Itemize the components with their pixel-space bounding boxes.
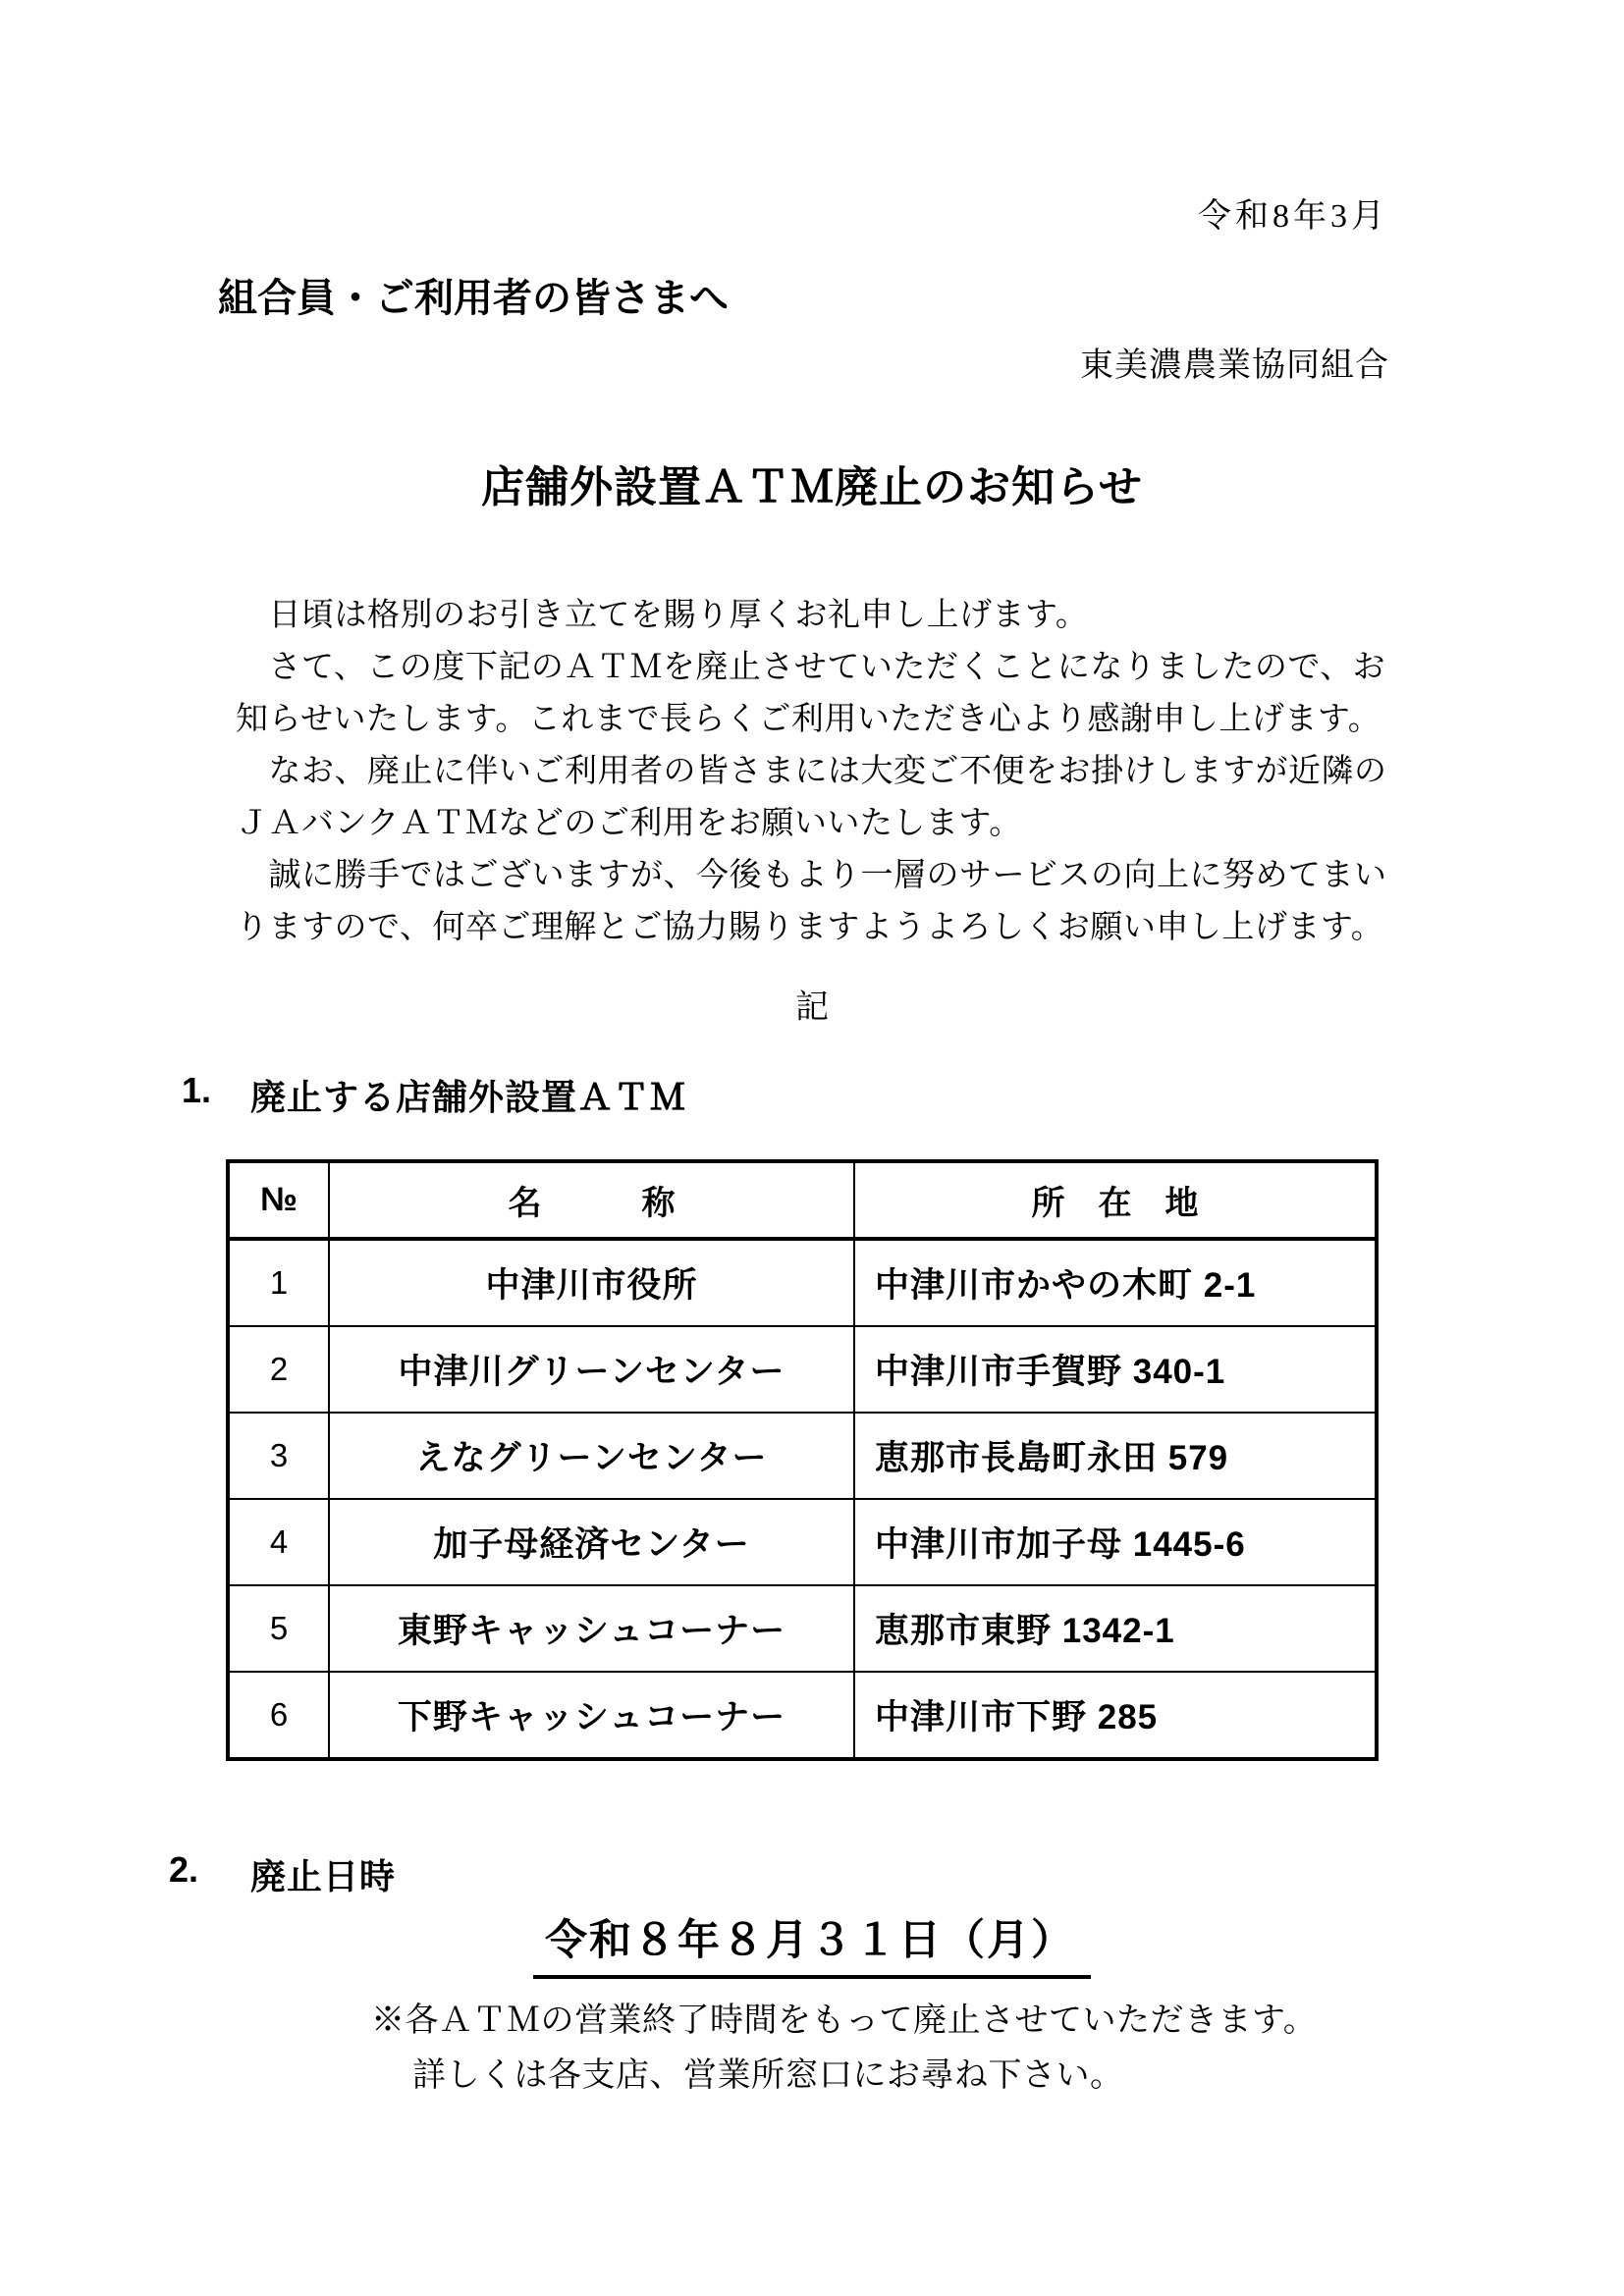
row-address: 恵那市長島町永田 579	[854, 1413, 1377, 1499]
ki-marker: 記	[0, 980, 1624, 1028]
header-no: №	[228, 1161, 329, 1239]
notice-document-page: 令和8年3月 組合員・ご利用者の皆さまへ 東美濃農業協同組合 店舗外設置ＡＴＭ廃…	[0, 0, 1624, 2296]
table-row: 1 中津川市役所 中津川市かやの木町 2-1	[228, 1239, 1377, 1326]
body-line: 日頃は格別のお引き立てを賜り厚くお礼申し上げます。	[236, 590, 1404, 642]
body-line: りますので、何卒ご理解とご協力賜りますようよろしくお願い申し上げます。	[236, 902, 1404, 954]
section-2-number: 2.	[169, 1849, 198, 1891]
row-name: 中津川グリーンセンター	[329, 1326, 854, 1413]
document-title: 店舗外設置ＡＴＭ廃止のお知らせ	[0, 452, 1624, 514]
body-line: さて、この度下記のＡＴＭを廃止させていただくことになりましたので、お	[236, 642, 1404, 694]
row-name: 下野キャッシュコーナー	[329, 1672, 854, 1759]
row-address: 中津川市下野 285	[854, 1672, 1377, 1759]
body-line: なお、廃止に伴いご利用者の皆さまには大変ご不便をお掛けしますが近隣の	[236, 746, 1404, 798]
issue-date: 令和8年3月	[1198, 188, 1388, 237]
table-row: 5 東野キャッシュコーナー 恵那市東野 1342-1	[228, 1585, 1377, 1672]
table-row: 6 下野キャッシュコーナー 中津川市下野 285	[228, 1672, 1377, 1759]
body-line: 知らせいたします。これまで長らくご利用いただき心より感謝申し上げます。	[236, 694, 1404, 746]
row-address: 中津川市かやの木町 2-1	[854, 1239, 1377, 1326]
abolition-date-wrapper: 令和８年８月３１日（月）	[0, 1907, 1624, 1979]
organization-name: 東美濃農業協同組合	[1080, 338, 1389, 386]
table-row: 4 加子母経済センター 中津川市加子母 1445-6	[228, 1499, 1377, 1585]
note-contact-branch: 詳しくは各支店、営業所窓口にお尋ね下さい。	[412, 2048, 1124, 2096]
row-name: 中津川市役所	[329, 1239, 854, 1326]
section-1-label: 廃止する店舗外設置ＡＴＭ	[250, 1070, 686, 1120]
row-address: 恵那市東野 1342-1	[854, 1585, 1377, 1672]
row-no: 3	[228, 1413, 329, 1499]
header-address: 所 在 地	[854, 1161, 1377, 1239]
row-no: 2	[228, 1326, 329, 1413]
table-row: 3 えなグリーンセンター 恵那市長島町永田 579	[228, 1413, 1377, 1499]
header-name: 名 称	[329, 1161, 854, 1239]
row-no: 5	[228, 1585, 329, 1672]
row-name: 加子母経済センター	[329, 1499, 854, 1585]
note-atm-closing-time: ※各ＡＴＭの営業終了時間をもって廃止させていただきます。	[371, 1993, 1317, 2041]
row-name: えなグリーンセンター	[329, 1413, 854, 1499]
section-2-label: 廃止日時	[250, 1849, 396, 1899]
row-no: 6	[228, 1672, 329, 1759]
table-header-row: № 名 称 所 在 地	[228, 1161, 1377, 1239]
body-line: ＪＡバンクＡＴＭなどのご利用をお願いいたします。	[236, 798, 1404, 850]
row-name: 東野キャッシュコーナー	[329, 1585, 854, 1672]
table-row: 2 中津川グリーンセンター 中津川市手賀野 340-1	[228, 1326, 1377, 1413]
row-address: 中津川市加子母 1445-6	[854, 1499, 1377, 1585]
row-no: 4	[228, 1499, 329, 1585]
salutation-heading: 組合員・ご利用者の皆さまへ	[218, 267, 729, 323]
abolition-date: 令和８年８月３１日（月）	[533, 1907, 1091, 1979]
body-paragraphs: 日頃は格別のお引き立てを賜り厚くお礼申し上げます。 さて、この度下記のＡＴＭを廃…	[236, 590, 1404, 954]
row-no: 1	[228, 1239, 329, 1326]
row-address: 中津川市手賀野 340-1	[854, 1326, 1377, 1413]
body-line: 誠に勝手ではございますが、今後もより一層のサービスの向上に努めてまい	[236, 850, 1404, 902]
atm-list-table: № 名 称 所 在 地 1 中津川市役所 中津川市かやの木町 2-1 2 中津川…	[226, 1159, 1379, 1761]
section-1-number: 1.	[182, 1070, 211, 1111]
